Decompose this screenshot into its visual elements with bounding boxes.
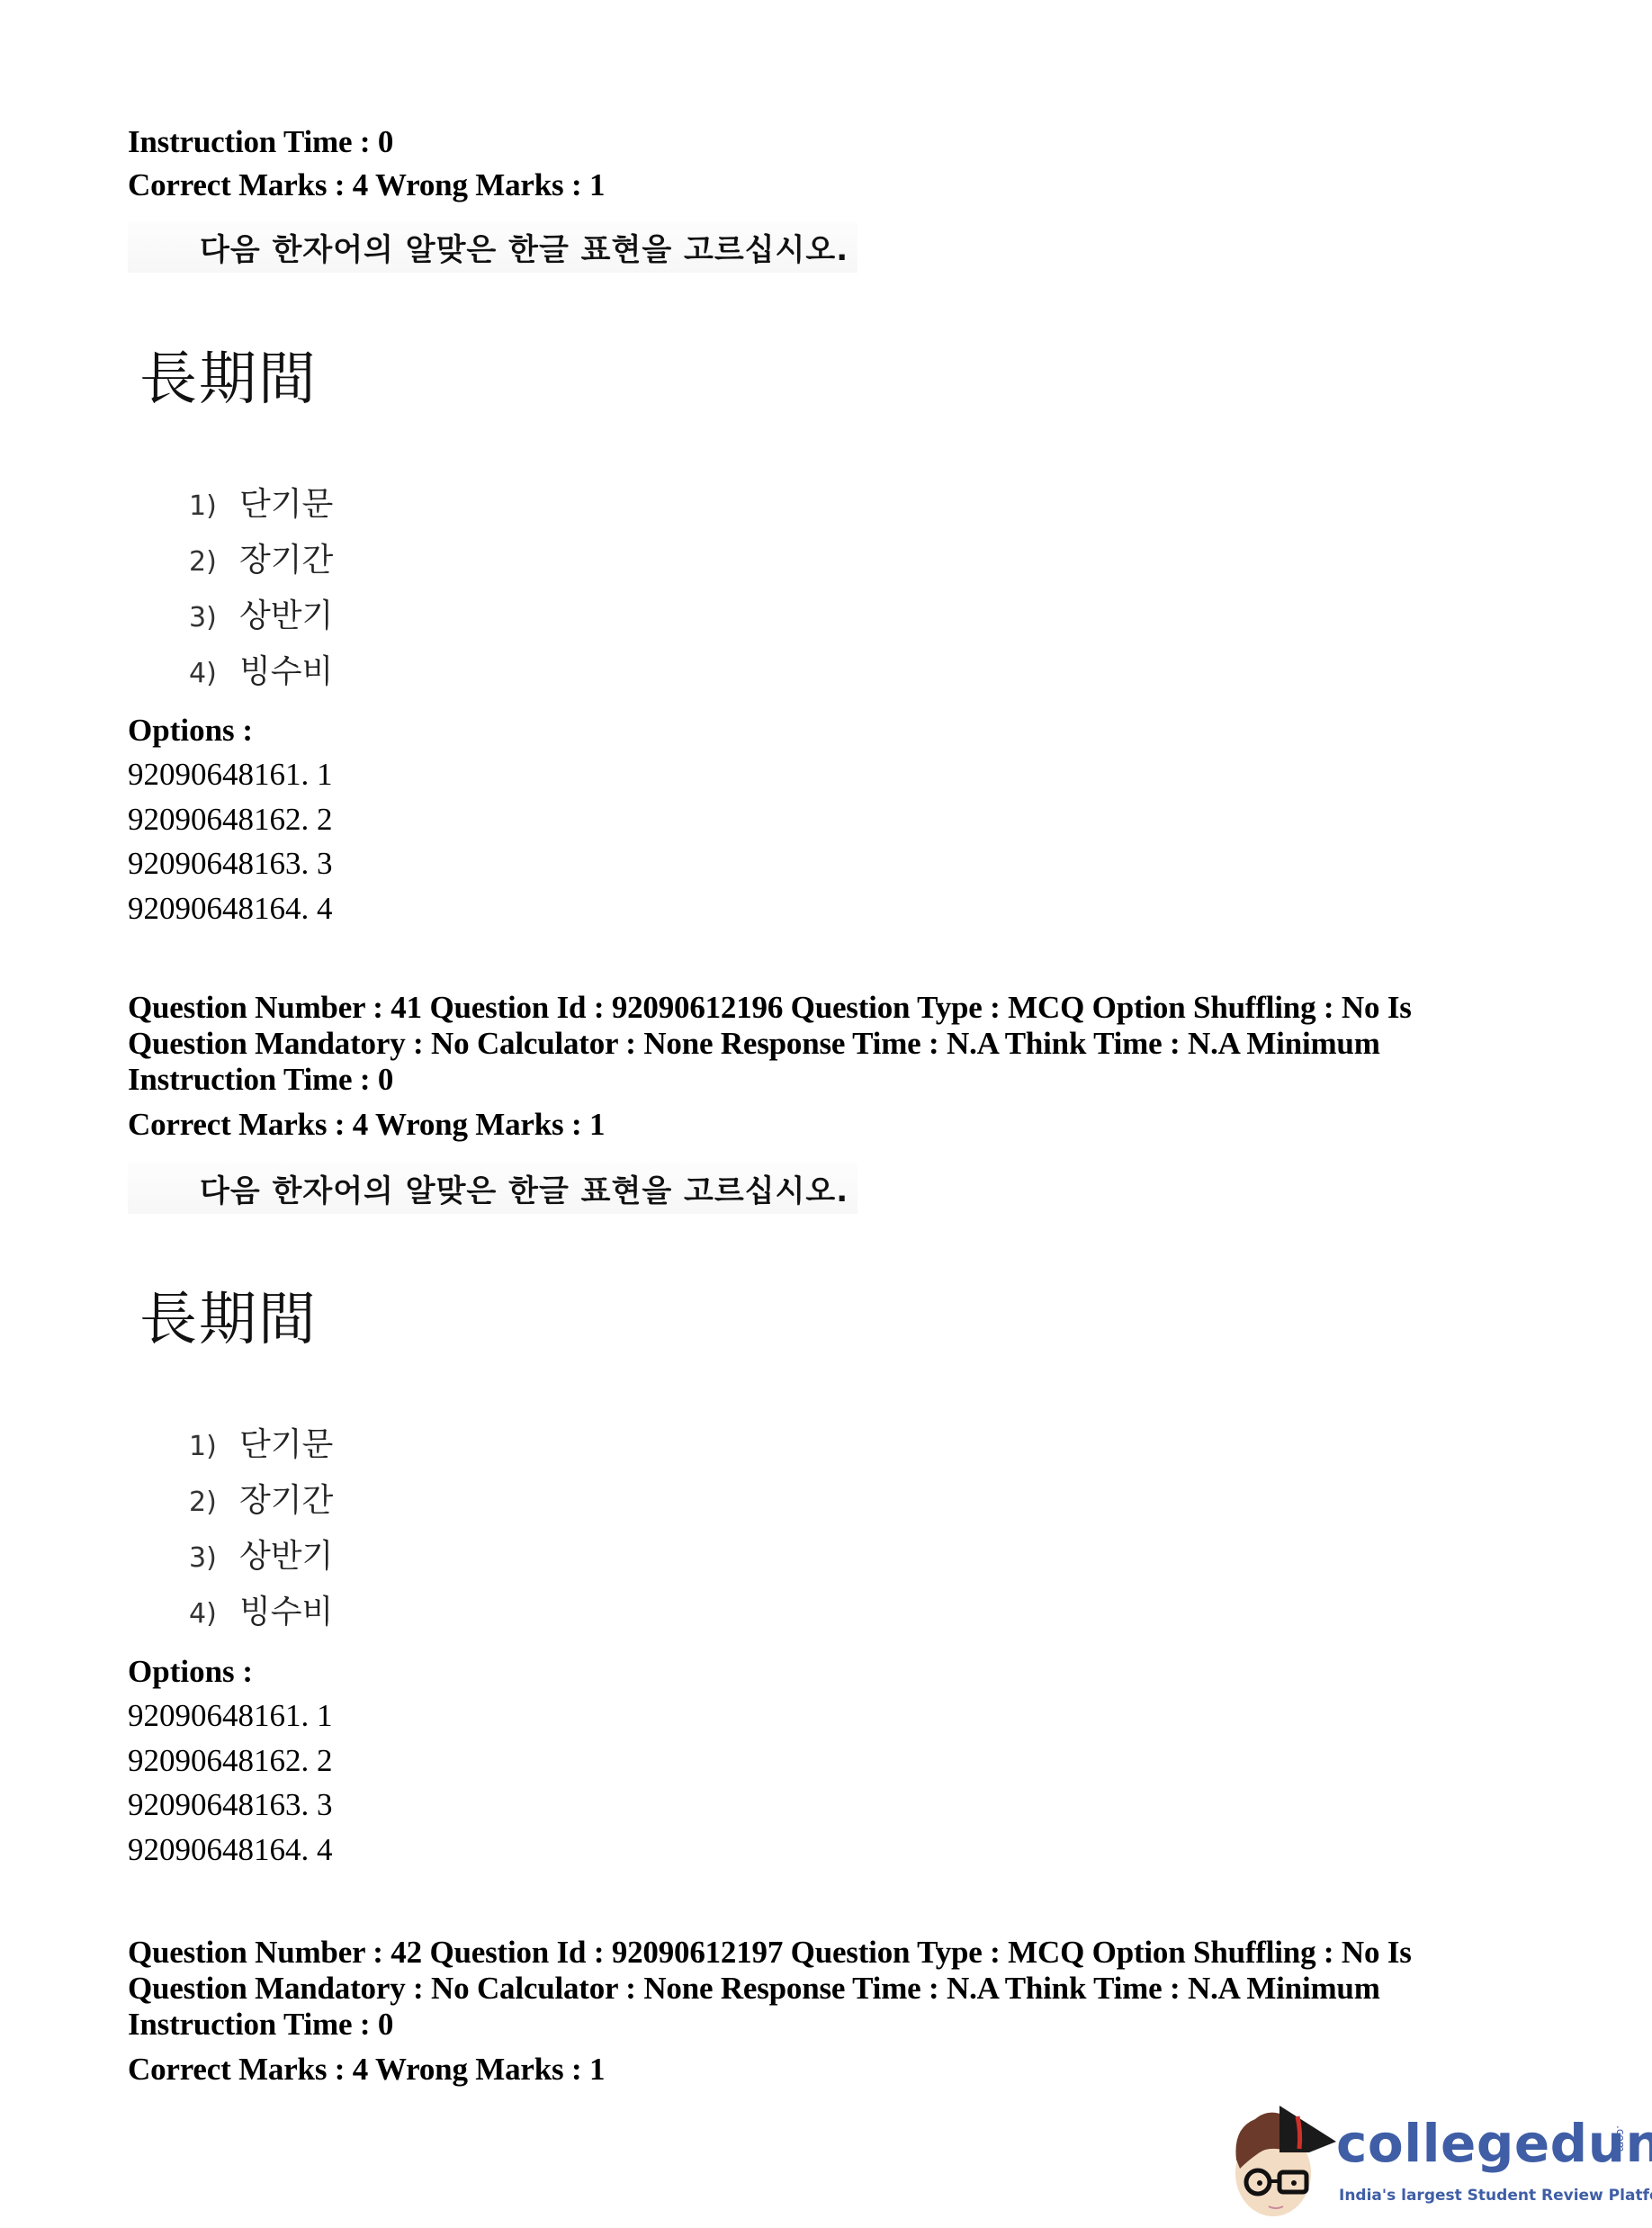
choice-item: 2)장기간 — [189, 533, 333, 588]
choice-item: 4)빙수비 — [189, 644, 333, 700]
logo-suffix: .com — [1614, 2125, 1627, 2152]
logo-wordmark: collegedunia — [1336, 2113, 1652, 2174]
hanja-word: 長期間 — [139, 333, 318, 416]
option-item: 92090648164. 4 — [128, 886, 333, 931]
option-item: 92090648161. 1 — [128, 1693, 333, 1738]
question-41-marks: Correct Marks : 4 Wrong Marks : 1 — [128, 1103, 605, 1146]
option-item: 92090648163. 3 — [128, 1783, 333, 1828]
options-heading: Options : — [128, 709, 253, 752]
question-41-hanja: 長期間 — [139, 1273, 318, 1356]
option-item: 92090648164. 4 — [128, 1828, 333, 1873]
question-instruction: 다음 한자어의 알맞은 한글 표현을 고르십시오. — [128, 221, 857, 273]
option-item: 92090648162. 2 — [128, 797, 333, 842]
question-41-options-list: 92090648161. 1 92090648162. 2 9209064816… — [128, 1693, 333, 1872]
collegedunia-logo: collegedunia .com India's largest Studen… — [1224, 2097, 1647, 2223]
question-41-instruction: 다음 한자어의 알맞은 한글 표현을 고르십시오. — [128, 1163, 857, 1214]
question-41-meta-line3: Instruction Time : 0 — [128, 1058, 393, 1101]
mascot-icon — [1224, 2097, 1341, 2223]
option-item: 92090648162. 2 — [128, 1738, 333, 1783]
option-item: 92090648163. 3 — [128, 841, 333, 886]
logo-tagline: India's largest Student Review Platform — [1339, 2187, 1652, 2205]
choice-item: 2)장기간 — [189, 1473, 333, 1529]
choice-item: 3)상반기 — [189, 1529, 333, 1585]
instruction-time: Instruction Time : 0 — [128, 121, 393, 164]
choice-item: 1)단기문 — [189, 1417, 333, 1473]
choice-item: 4)빙수비 — [189, 1585, 333, 1640]
choice-list: 1)단기문 2)장기간 3)상반기 4)빙수비 — [189, 477, 333, 700]
options-list: 92090648161. 1 92090648162. 2 9209064816… — [128, 752, 333, 930]
marks-line: Correct Marks : 4 Wrong Marks : 1 — [128, 164, 605, 207]
option-item: 92090648161. 1 — [128, 752, 333, 797]
choice-item: 3)상반기 — [189, 588, 333, 644]
question-42-meta-line3: Instruction Time : 0 — [128, 2003, 393, 2046]
question-42-marks: Correct Marks : 4 Wrong Marks : 1 — [128, 2048, 605, 2091]
question-41-options-heading: Options : — [128, 1650, 253, 1693]
question-41-choice-list: 1)단기문 2)장기간 3)상반기 4)빙수비 — [189, 1417, 333, 1640]
choice-item: 1)단기문 — [189, 477, 333, 533]
